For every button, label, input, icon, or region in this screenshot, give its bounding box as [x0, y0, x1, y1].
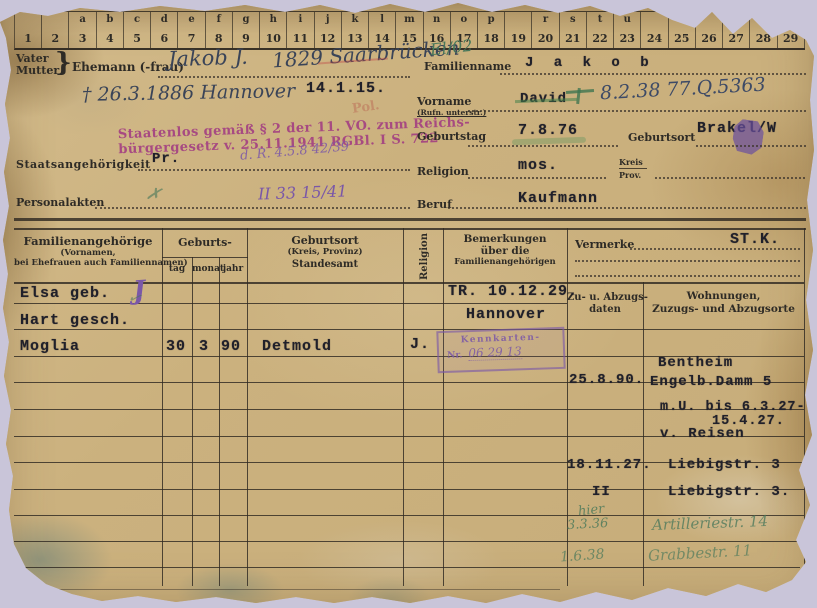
- index-number: 6: [151, 30, 177, 48]
- row-line: [14, 329, 804, 330]
- index-number: 28: [750, 30, 776, 48]
- section-divider-rule: [14, 218, 806, 221]
- green-smear: [512, 137, 586, 146]
- index-cell: r 20: [532, 12, 559, 48]
- index-cell: 24: [641, 12, 668, 48]
- hw-green-code: El/02: [429, 36, 473, 59]
- card-paper: 1 2 a 3 b 4 c 5 d 6 e 7 f 8: [0, 0, 817, 608]
- col-header-bemerkungen3: Familienangehörigen: [443, 257, 567, 267]
- staatsangehoerigkeit-value: Pr.: [152, 151, 180, 167]
- kennkarten-nr-label: Nr.: [447, 350, 463, 361]
- index-letter: t: [587, 12, 613, 30]
- kreis-label: Kreis: [619, 157, 643, 167]
- family-row-ort: Detmold: [262, 338, 332, 355]
- move-date-3: II: [592, 484, 611, 500]
- index-letter: w: [669, 12, 695, 30]
- row-line: [14, 567, 800, 568]
- geburtsort-label: Geburtsort: [628, 131, 695, 144]
- index-letter: u: [614, 12, 640, 30]
- kreis-prov-divider: [619, 168, 647, 169]
- index-letter: f: [206, 12, 232, 30]
- hw-husband-name: Jakob J.: [168, 45, 249, 72]
- col-header-religion-box: Religion: [406, 232, 442, 282]
- index-cell: 27: [723, 12, 750, 48]
- index-cell: w 25: [669, 12, 696, 48]
- green-note-date: 3.3.36: [567, 516, 609, 533]
- staatsang-dotted-line: [138, 169, 410, 171]
- index-cell: 28: [750, 12, 777, 48]
- family-row-religion: J.: [410, 336, 430, 353]
- beruf-label: Beruf: [417, 198, 452, 211]
- religion-dotted-line: [468, 177, 606, 179]
- kennkarten-stamp: Kennkarten- Nr. 06 29 13: [436, 327, 565, 373]
- col-header-tag: tag: [162, 264, 192, 274]
- table-top-rule: [14, 228, 806, 230]
- col-header-ehefrauen: bei Ehefrauen auch Familiennamen): [14, 258, 162, 268]
- faded-pol-stamp: Pol.: [351, 98, 380, 117]
- index-number: 21: [560, 30, 586, 48]
- family-row-monat: 3: [199, 338, 209, 355]
- index-letter: [641, 12, 667, 30]
- address-1e: v. Reisen: [660, 426, 745, 442]
- beruf-value: Kaufmann: [518, 190, 598, 207]
- col-header-wohnungen2: Zuzugs- und Abzugsorte: [643, 303, 804, 315]
- index-cell: e 7: [178, 12, 205, 48]
- grid-vline: [804, 228, 805, 568]
- index-letter: a: [69, 12, 95, 30]
- beruf-dotted-line: [448, 207, 806, 209]
- family-row-name-3: Moglia: [20, 338, 80, 355]
- brace-glyph: }: [55, 48, 72, 78]
- address-1c: m.U. bis 6.3.27-: [660, 400, 806, 415]
- col-header-familienangehoerige: Familienangehörige: [14, 234, 162, 248]
- index-cell: 26: [696, 12, 723, 48]
- col-header-kreis-provinz: (Kreis, Provinz): [247, 247, 403, 257]
- kennkarten-nr-value: 06 29 13: [468, 344, 522, 361]
- index-cell: b 4: [97, 12, 124, 48]
- grid-vline: [247, 228, 248, 586]
- index-number: 1: [15, 30, 41, 48]
- vorname-label: Vorname: [417, 95, 471, 108]
- index-letter: d: [151, 12, 177, 30]
- personalakten-label: Personalakten: [16, 196, 104, 209]
- index-cell: s 21: [560, 12, 587, 48]
- grid-vline: [403, 228, 404, 586]
- index-letter: b: [97, 12, 123, 30]
- index-number: 26: [696, 30, 722, 48]
- index-letter: o: [451, 12, 477, 30]
- vorname-dotted-line: [468, 110, 806, 112]
- personalakten-dotted-line: [95, 207, 410, 209]
- green-bottom-date: 1.6.38: [559, 546, 605, 565]
- green-check-mark: ✗: [144, 183, 163, 207]
- scanned-registration-card: 1 2 a 3 b 4 c 5 d 6 e 7 f 8: [0, 0, 817, 608]
- index-number: 20: [532, 30, 558, 48]
- col-header-standesamt: Standesamt: [247, 259, 403, 270]
- col-header-jahr: jahr: [219, 264, 247, 274]
- index-letter: [696, 12, 722, 30]
- col-header-geburts: Geburts-: [162, 236, 248, 249]
- vermerke-value: ST.K.: [730, 231, 780, 248]
- address-1a: Bentheim: [658, 355, 733, 371]
- index-cell: h 10: [260, 12, 287, 48]
- index-letter: [42, 12, 68, 30]
- index-letter: [505, 12, 531, 30]
- hw-file-number: 8.2.38 77.Q.5363: [600, 74, 767, 105]
- family-row-name-1: Elsa geb.: [20, 285, 110, 302]
- index-letter: [15, 12, 41, 30]
- bemerkung-tr-date: TR. 10.12.29.: [448, 283, 578, 300]
- name-dotted-line: [158, 76, 410, 78]
- index-letter: s: [560, 12, 586, 30]
- index-letter: h: [260, 12, 286, 30]
- family-row-jahr: 90: [221, 338, 241, 355]
- index-cell: 19: [505, 12, 532, 48]
- index-cell: d 6: [151, 12, 178, 48]
- mutter-label: Mutter: [16, 64, 59, 77]
- index-letter: p: [478, 12, 504, 30]
- col-header-vornamen: (Vornamen,: [14, 248, 162, 258]
- bemerkung-city: Hannover: [466, 306, 546, 323]
- index-letter: l: [369, 12, 395, 30]
- index-cell: p 18: [478, 12, 505, 48]
- col-header-religion: Religion: [419, 233, 430, 280]
- row-line: [14, 303, 567, 304]
- index-number: 22: [587, 30, 613, 48]
- index-cell: g 9: [233, 12, 260, 48]
- index-number: 5: [124, 30, 150, 48]
- index-number: 10: [260, 30, 286, 48]
- index-cell: t 22: [587, 12, 614, 48]
- kreis-dotted-line: [655, 177, 805, 179]
- index-letter: c: [124, 12, 150, 30]
- grid-vline: [443, 228, 444, 586]
- geburtsort-dotted-line: [696, 145, 806, 147]
- index-number: 19: [505, 30, 531, 48]
- religion-label: Religion: [417, 165, 469, 178]
- index-cell: c 5: [124, 12, 151, 48]
- vermerke-dotted-line2: [575, 260, 800, 262]
- grid-vline: [192, 257, 193, 586]
- index-letter: e: [178, 12, 204, 30]
- index-letter: n: [424, 12, 450, 30]
- index-cell: j 12: [315, 12, 342, 48]
- index-cell: f 8: [206, 12, 233, 48]
- vermerke-dotted-line: [630, 248, 800, 250]
- vermerke-label: Vermerke: [575, 238, 634, 251]
- col-header-wohnungen1: Wohnungen,: [643, 290, 804, 302]
- index-letter: i: [287, 12, 313, 30]
- index-number: 29: [778, 30, 804, 48]
- row-line: [14, 541, 804, 542]
- address-1b: Engelb.Damm 5: [650, 374, 772, 390]
- index-cell: u 23: [614, 12, 641, 48]
- geburtstag-label: Geburtstag: [417, 130, 486, 143]
- index-letter: [723, 12, 749, 30]
- index-letter: k: [342, 12, 368, 30]
- col-header-geburtsort: Geburtsort: [247, 234, 403, 247]
- index-number: 2: [42, 30, 68, 48]
- index-letter: r: [532, 12, 558, 30]
- typed-registration-date: 14.1.15.: [306, 80, 386, 97]
- move-date-2: 18.11.27.: [567, 457, 652, 473]
- address-3: Liebigstr. 3.: [668, 484, 790, 500]
- index-letter: m: [396, 12, 422, 30]
- hw-death-note: † 26.3.1886 Hannover: [82, 80, 296, 106]
- grid-vline: [219, 257, 220, 586]
- col-header-zuabzug1: Zu- u. Abzugs-: [567, 292, 643, 303]
- col-header-monat: monat: [192, 264, 219, 274]
- move-date-1: 25.8.90.: [569, 372, 644, 388]
- col-header-zuabzug2: daten: [567, 304, 643, 315]
- family-row-name-2: Hart gesch.: [20, 312, 130, 329]
- address-2: Liebigstr. 3: [668, 457, 781, 473]
- col-header-bemerkungen1: Bemerkungen: [443, 233, 567, 245]
- vermerke-dotted-line3: [575, 275, 800, 277]
- index-number: 23: [614, 30, 640, 48]
- index-number: 25: [669, 30, 695, 48]
- col-header-bemerkungen2: über die: [443, 245, 567, 257]
- green-bottom-address: Grabbestr. 11: [648, 541, 753, 564]
- familienname-label: Familienname: [424, 60, 511, 73]
- family-row-tag: 30: [166, 338, 186, 355]
- index-cell: i 11: [287, 12, 314, 48]
- grid-vline: [162, 228, 163, 586]
- index-cell: 2: [42, 12, 69, 48]
- index-number: 4: [97, 30, 123, 48]
- religion-value: mos.: [518, 157, 558, 174]
- index-number: 27: [723, 30, 749, 48]
- green-mark-icon: [566, 88, 594, 104]
- prov-label: Prov.: [619, 170, 641, 180]
- index-number: 24: [641, 30, 667, 48]
- hw-personalakten-number: II 33 15/41: [258, 181, 348, 203]
- index-cell: 1: [15, 12, 42, 48]
- index-letter: [778, 12, 804, 30]
- index-cell: 29: [778, 12, 805, 48]
- index-cell: a 3: [69, 12, 96, 48]
- index-letter: j: [315, 12, 341, 30]
- index-letter: g: [233, 12, 259, 30]
- index-letter: [750, 12, 776, 30]
- familienname-value: J a k o b: [525, 55, 655, 71]
- staatsangehoerigkeit-label: Staatsangehörigkeit: [16, 158, 151, 171]
- index-number: 18: [478, 30, 504, 48]
- row-line-faded: [55, 589, 560, 590]
- green-address: Artilleriestr. 14: [652, 512, 769, 534]
- geburtstag-dotted-line: [468, 145, 618, 147]
- index-number: 3: [69, 30, 95, 48]
